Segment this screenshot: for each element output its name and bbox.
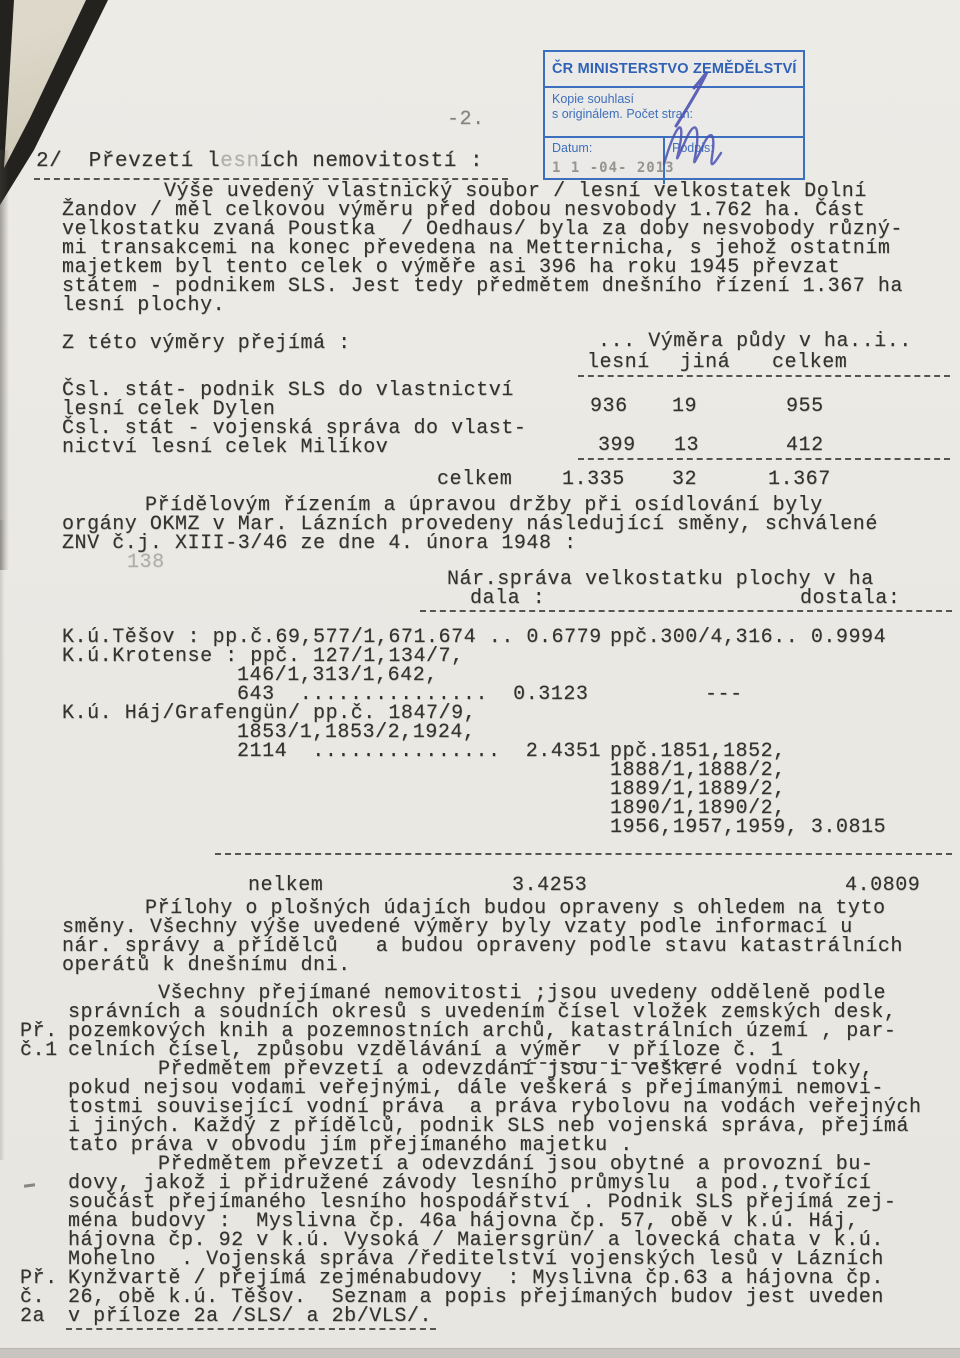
- exchange-header-dashed-rule: [420, 610, 952, 612]
- intro-paragraph: Výše uvedený vlastnický soubor / lesní v…: [62, 182, 903, 315]
- left-edge-shadow: [0, 150, 9, 570]
- stray-ink-mark: [24, 1183, 35, 1188]
- exchange-parcel-list: ppč.1851,1852, 1888/1,1888/2, 1889/1,188…: [610, 742, 886, 837]
- column-header-lesni: lesní: [587, 353, 650, 372]
- table-total-dashed-rule: [578, 458, 950, 460]
- exchange-total-dashed-rule: [215, 853, 952, 855]
- exchange-total-dostala: 4.0809: [845, 876, 920, 895]
- table-total-label: celkem: [437, 470, 512, 489]
- table-total-cell: 1.335: [562, 470, 625, 489]
- table-caption-left: Z této výměry přejímá :: [62, 334, 351, 353]
- column-header-jina: jiná: [680, 353, 730, 372]
- table-caption-right: ... Výměra půdy v ha..i..: [598, 332, 912, 351]
- exchange-total-dala: 3.4253: [512, 876, 587, 895]
- table-total-cell: 1.367: [768, 470, 831, 489]
- left-edge-shadow-lower: [0, 520, 5, 1160]
- prilohy-paragraph: Přílohy o plošných údajích budou opraven…: [62, 899, 903, 975]
- column-header-celkem: celkem: [772, 353, 847, 372]
- table-cell: 412: [786, 436, 824, 455]
- margin-note-priloha-1: Př. č.1: [20, 1022, 58, 1060]
- exchange-dostala-label: dostala:: [800, 589, 900, 608]
- page-number: -2.: [447, 110, 485, 129]
- table-total-cell: 32: [672, 470, 697, 489]
- heading-pre: 2/ Převzetí l: [36, 150, 220, 173]
- bottom-scan-edge: [0, 1348, 960, 1358]
- allotment-paragraph: Přídělovým řízením a úpravou držby při o…: [62, 496, 878, 553]
- table-header-dashed-rule: [578, 375, 950, 377]
- predmetem-paragraph-1: Předmětem převzetí a odevzdání jsou i ve…: [68, 1060, 922, 1155]
- table-row-label: Čsl. stát- podnik SLS do vlastnictví les…: [62, 381, 514, 419]
- exchange-line-right: ppč.300/4,316.. 0.9994: [610, 628, 886, 647]
- vsechny-paragraph: Všechny přejímané nemovitosti ;jsou uved…: [68, 984, 896, 1060]
- table-cell: 955: [786, 397, 824, 416]
- table-cell: 19: [672, 397, 697, 416]
- priloha2-dashed-underline: [66, 1328, 436, 1330]
- table-cell: 13: [674, 436, 699, 455]
- table-cell: 936: [590, 397, 628, 416]
- margin-note-priloha-2a: Př. č. 2a: [20, 1269, 58, 1326]
- heading-post: ích nemovitostí :: [260, 150, 484, 173]
- exchange-line-right: ---: [705, 685, 743, 704]
- exchange-line: 2114 ............... 2.4351: [237, 742, 601, 761]
- table-row-label: Čsl. stát - vojenská správa do vlast- ni…: [62, 419, 526, 457]
- exchange-total-label: nelkem: [248, 876, 323, 895]
- predmetem-paragraph-2: Předmětem převzetí a odevzdání jsou obyt…: [68, 1155, 896, 1326]
- document-page: ČR MINISTERSTVO ZEMĚDĚLSTVÍ Kopie souhla…: [0, 0, 960, 1358]
- faint-number: 138: [127, 553, 165, 572]
- heading-faint-part: esn: [220, 150, 259, 173]
- table-cell: 399: [598, 436, 636, 455]
- exchange-dala-label: dala :: [470, 589, 545, 608]
- section-heading: 2/ Převzetí lesních nemovitostí :: [36, 152, 483, 171]
- signature-scribble-icon: [620, 58, 810, 188]
